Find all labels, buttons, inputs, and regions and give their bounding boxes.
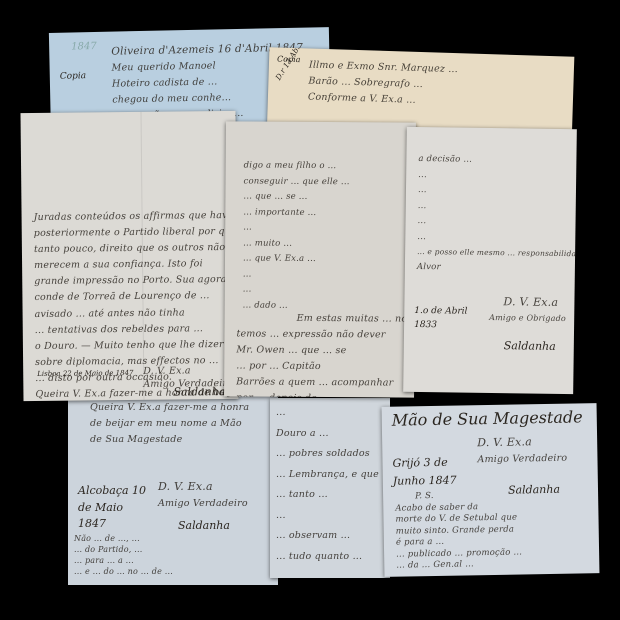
letter-text: a decisão ... ... ... ... ... ... ... e …: [417, 155, 577, 280]
large-letter-left: Juradas conteúdos os affirmas que haveis…: [20, 111, 238, 401]
postscript: Não ... de ..., ... ... do Partido, ... …: [74, 535, 173, 579]
header-line: Mão de Sua Magestade: [392, 409, 583, 428]
letter-date: Grijó 3 de Junho 1847: [392, 453, 463, 489]
bottom-middle-letter: ... Douro a ... ... pobres soldados ... …: [270, 398, 390, 578]
signature: Saldanha: [178, 520, 230, 531]
letter-date: Lisboa 22 de Maio de 1847: [37, 370, 133, 378]
closing: D. V. Ex.a Amigo Verdadeiro: [158, 481, 248, 515]
bottom-left-letter: Queira V. Ex.a fazer-me a honra de beija…: [68, 395, 278, 585]
letter-date: Alcobaça 10 de Maio 1847: [78, 483, 148, 533]
closing: D. V. Ex.a Amigo Verdadeiro: [477, 436, 567, 471]
letter-text: digo a meu filho o ... conseguir ... que…: [243, 161, 350, 317]
letter-text: Queira V. Ex.a fazer-me a honra de beija…: [90, 403, 249, 451]
letter-text: ... Douro a ... ... pobres soldados ... …: [276, 408, 379, 572]
closing: D. V. Ex.a Amigo e Obrigado: [489, 296, 566, 329]
corner-note: 1847: [71, 42, 97, 53]
paragraph-2: Em estas muitas ... nós temos ... expres…: [236, 313, 412, 397]
bottom-right-letter: Mão de Sua Magestade Grijó 3 de Junho 18…: [382, 403, 600, 577]
margin-note: Copia: [60, 72, 86, 82]
signature: Saldanha: [173, 386, 225, 398]
large-letter-middle: digo a meu filho o ... conseguir ... que…: [224, 121, 416, 397]
large-letter-right: a decisão ... ... ... ... ... ... ... e …: [403, 127, 577, 394]
signature: Saldanha: [504, 340, 556, 352]
letter-date: 1.o de Abril 1833: [414, 305, 484, 333]
letter-text: Illmo e Exmo Snr. Marquez ... Barão ... …: [308, 60, 459, 113]
postscript: P. S. Acabo de saber da morte do V. de S…: [395, 490, 522, 573]
